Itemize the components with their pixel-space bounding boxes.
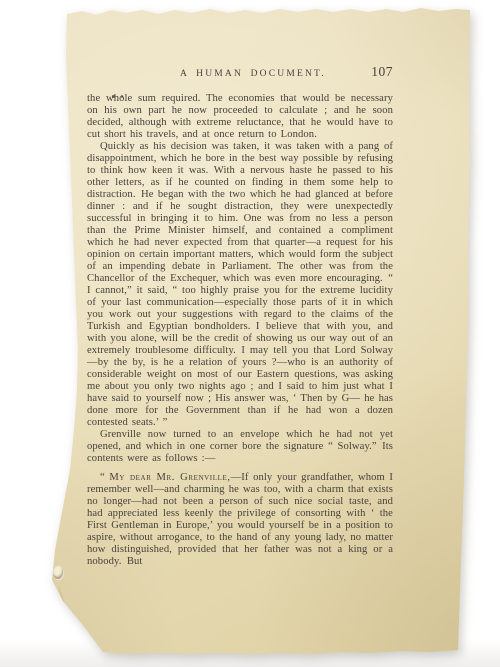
paper-crease [57,583,77,649]
ink-speck [121,95,123,98]
paper-hole-defect [52,565,64,580]
scanned-book-page: A HUMAN DOCUMENT. 107 the whole sum requ… [0,0,500,667]
running-head: A HUMAN DOCUMENT. 107 [87,66,393,82]
paragraph-letters: Quickly as his decision was taken, it wa… [87,141,393,429]
page-number: 107 [371,64,393,80]
paragraph-letter-body: “ My dear Mr. Grenville,—If only your gr… [87,472,393,568]
letter-salutation: My dear Mr. Grenville, [109,472,230,483]
text-block: the whole sum required. The economies th… [87,93,393,568]
paragraph-continuation: the whole sum required. The economies th… [87,93,393,141]
paragraph-envelope: Grenville now turned to an envelope whic… [87,429,393,465]
paper-sheet: A HUMAN DOCUMENT. 107 the whole sum requ… [0,0,500,667]
ink-speck [112,95,115,98]
running-title: A HUMAN DOCUMENT. [113,69,393,79]
